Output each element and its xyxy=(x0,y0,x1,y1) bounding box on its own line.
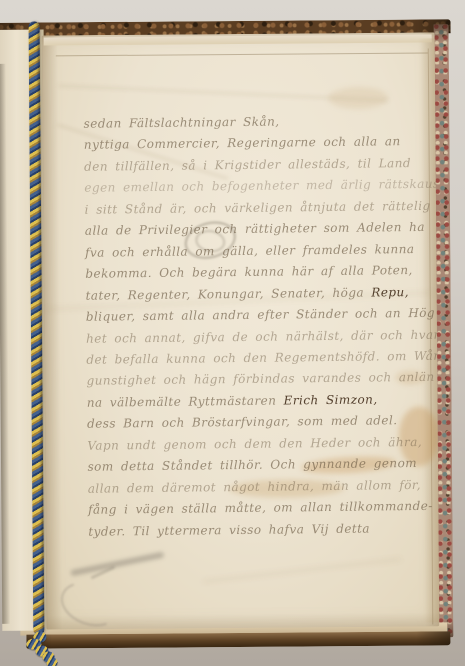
text-segment: fva och erhålla om gälla, eller framdele… xyxy=(85,242,414,260)
handwritten-text-block: sedan Fältslachtningar Skån,nyttiga Comm… xyxy=(84,110,429,543)
page-stack-top-edges xyxy=(44,34,432,45)
text-segment: egen emellan och befogenheter med ärlig … xyxy=(84,177,439,195)
book: sedan Fältslachtningar Skån,nyttiga Comm… xyxy=(0,0,465,666)
emphasized-word: Repu, xyxy=(371,285,409,299)
text-segment: bekomma. Och begära kunna här af alla Po… xyxy=(85,263,413,281)
bookmark-cord-tassel xyxy=(18,631,74,666)
pencil-smudge xyxy=(70,552,164,577)
text-segment: na välbemälte Ryttmästaren xyxy=(87,393,284,409)
text-segment: den tillfällen, så i Krigstider allestäd… xyxy=(84,156,411,174)
text-segment: tater, Regenter, Konungar, Senater, höga xyxy=(86,285,372,302)
text-segment: gunstighet och hägn förbindas varandes o… xyxy=(86,370,434,388)
scanned-photo: sedan Fältslachtningar Skån,nyttiga Comm… xyxy=(0,0,465,666)
text-segment: dess Barn och Bröstarfvingar, som med ad… xyxy=(87,414,398,432)
text-segment: allan dem däremot något hindra, män allo… xyxy=(88,478,421,496)
page-stack-edge-line-top xyxy=(56,52,428,56)
text-segment: tyder. Til yttermera visso hafva Vij det… xyxy=(88,521,370,538)
text-segment: sedan Fältslachtningar Skån, xyxy=(84,115,280,131)
book-cover-bottom-edge xyxy=(26,631,450,648)
text-segment: het och annat, gifva de och närhälst, dä… xyxy=(86,327,439,345)
text-segment: som detta Ståndet tillhör. Och gynnande … xyxy=(87,456,417,474)
text-segment: fång i vägen ställa måtte, om allan till… xyxy=(88,499,433,517)
text-segment: Vapn undt genom och dem den Heder och äh… xyxy=(87,435,422,453)
text-line: fång i vägen ställa måtte, om allan till… xyxy=(88,496,428,521)
foxing-stain xyxy=(328,87,388,109)
pencil-smudge xyxy=(55,574,126,629)
text-segment: bliquer, samt alla andra efter Ständer o… xyxy=(86,306,435,324)
cord-knot xyxy=(47,657,58,666)
text-segment: nyttiga Commercier, Regeringarne och all… xyxy=(84,135,401,153)
manuscript-page: sedan Fältslachtningar Skån,nyttiga Comm… xyxy=(42,32,440,629)
text-segment: i sitt Stånd är, och värkeligen åtnjuta … xyxy=(85,199,431,217)
text-segment: alla de Privilegier och rättigheter som … xyxy=(85,220,425,238)
text-segment: det befalla kunna och den Regementshöfd.… xyxy=(86,349,439,367)
text-line: tyder. Til yttermera visso hafva Vij det… xyxy=(88,517,428,542)
emphasized-word: Erich Simzon, xyxy=(284,392,378,407)
paper-crease xyxy=(202,558,401,582)
